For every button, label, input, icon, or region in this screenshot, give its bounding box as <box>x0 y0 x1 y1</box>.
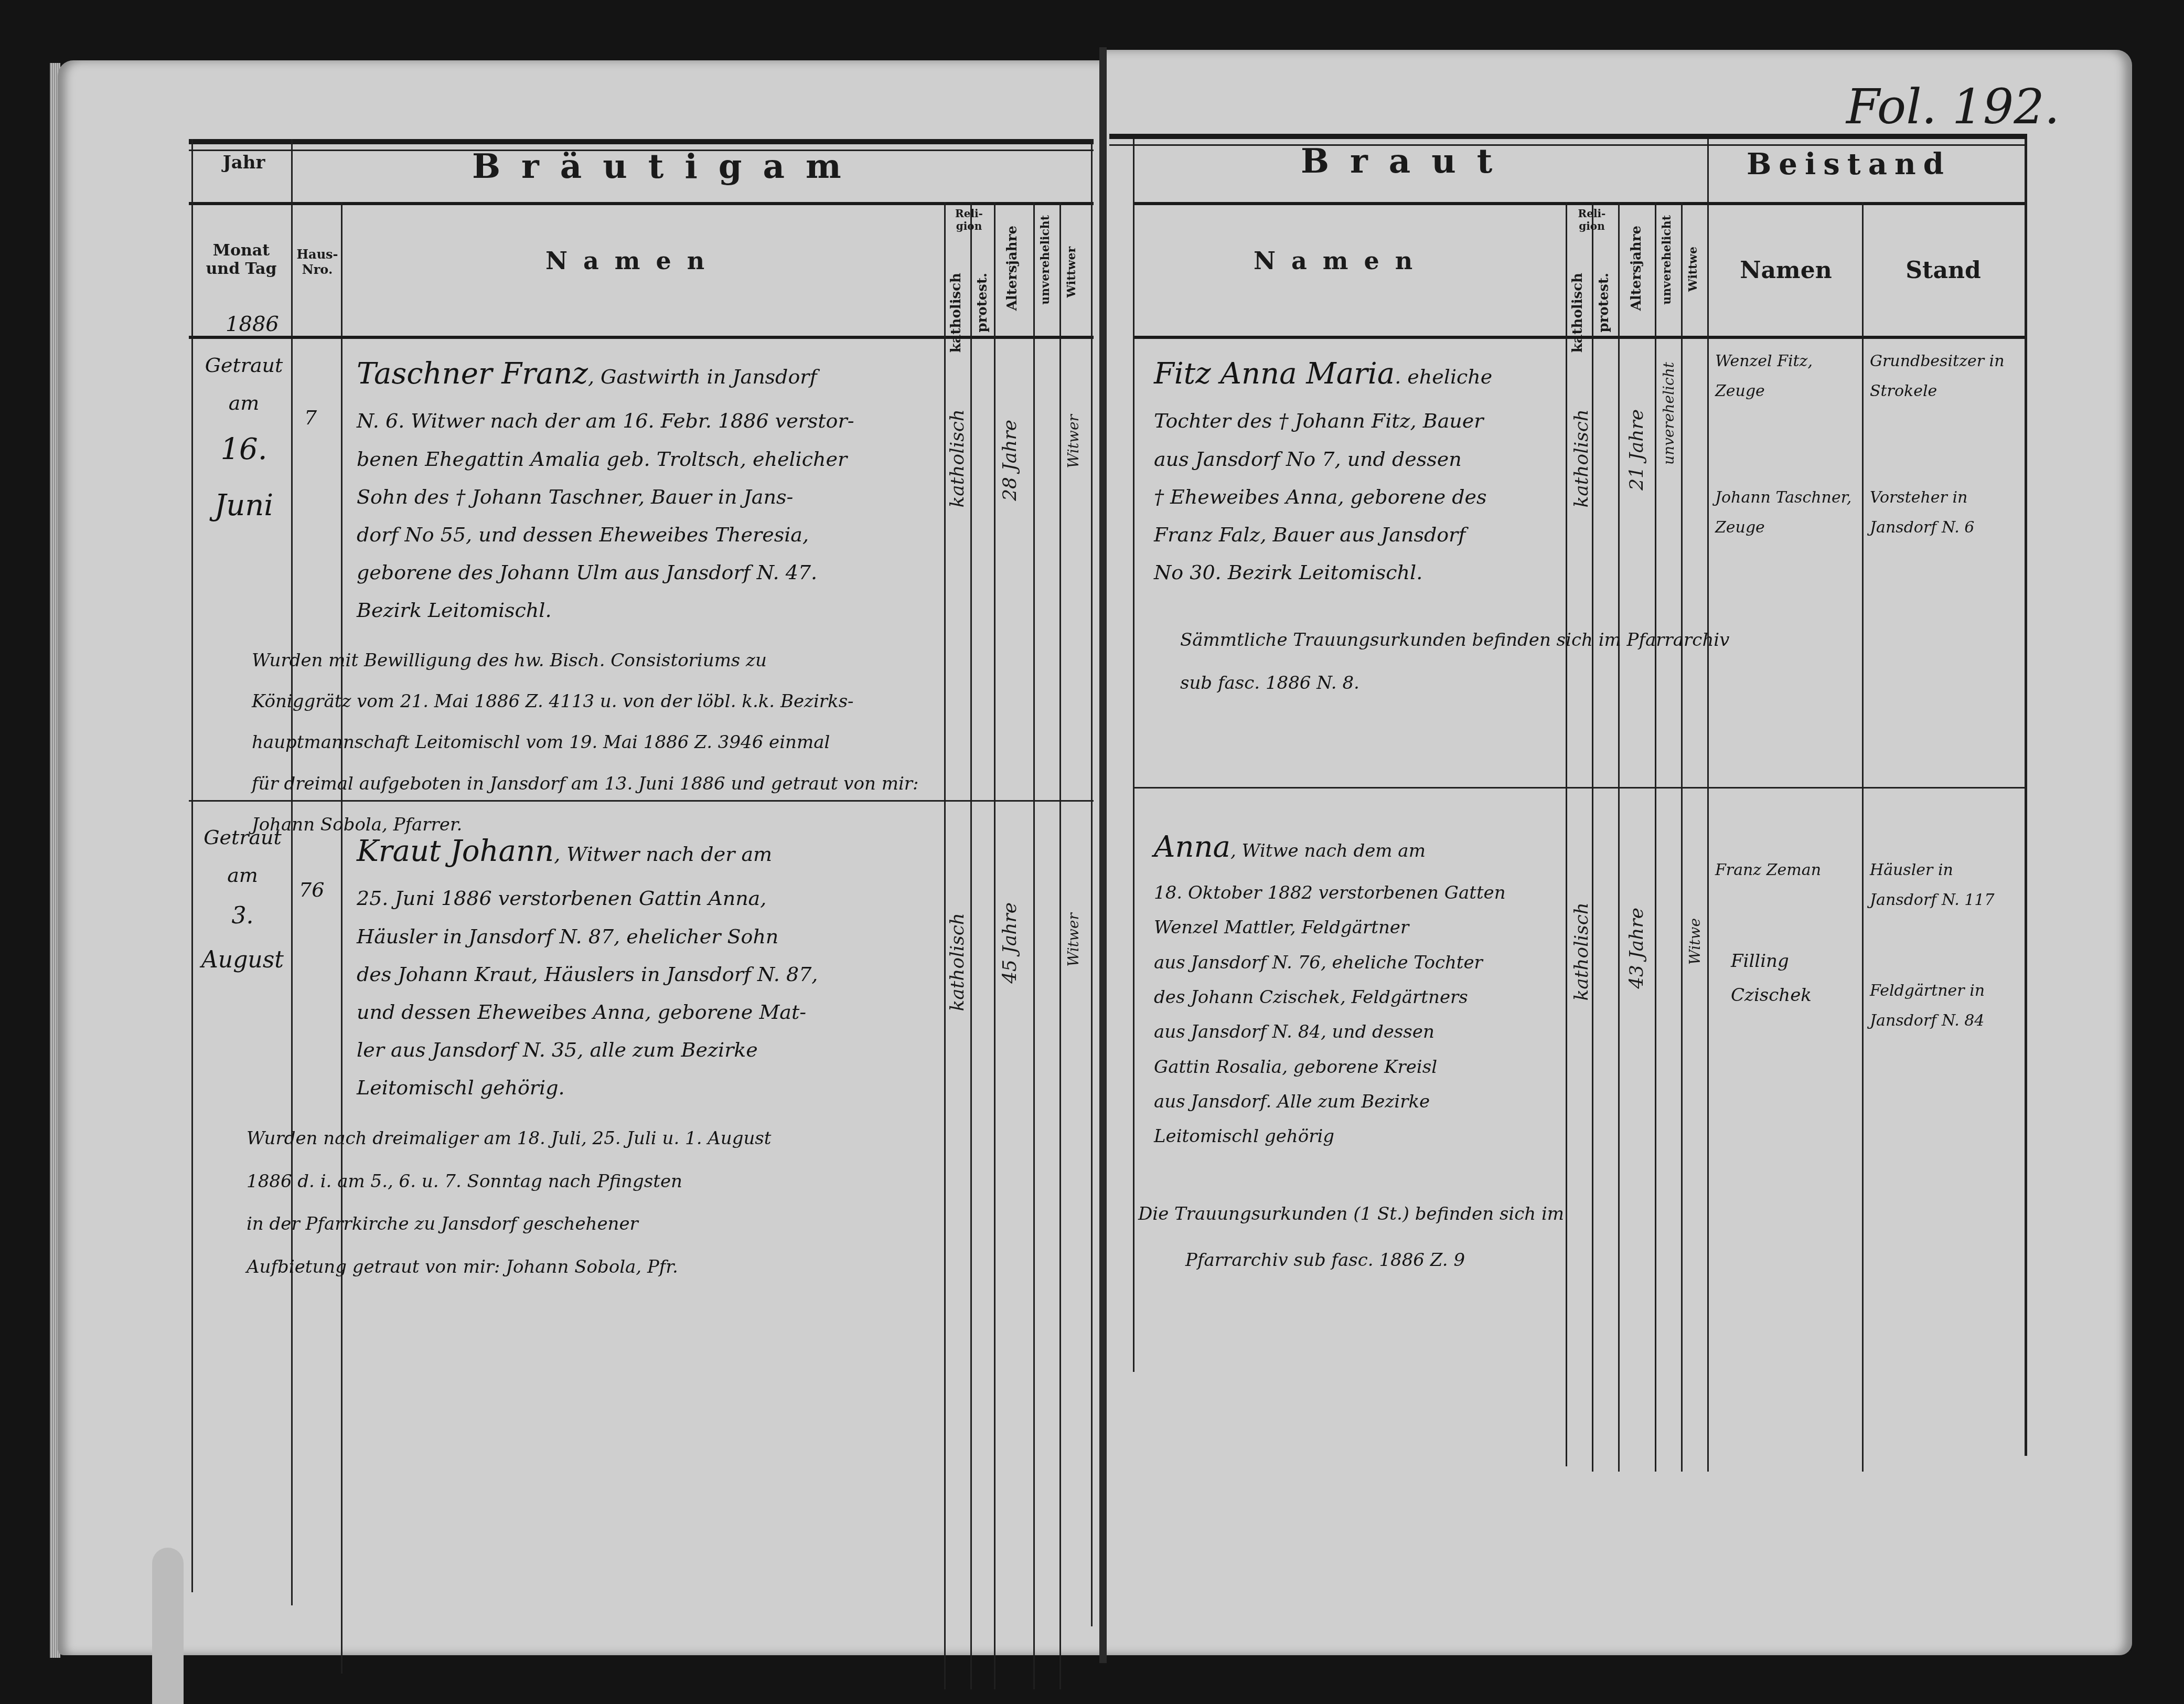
left-header-rule <box>189 202 1094 205</box>
header-protestant: protest. <box>975 273 990 332</box>
entry-1-bride-name: Fitz Anna Maria <box>1154 357 1395 391</box>
entry-1-status: Witwer <box>1065 414 1082 468</box>
entry-1-house-no: 7 <box>304 399 317 436</box>
right-col-border <box>1133 139 1134 1372</box>
header-year-value: 1886 <box>226 304 279 344</box>
header-bride-age: Altersjahre <box>1629 226 1644 311</box>
header-bride-unmarried: unverehelicht <box>1660 215 1674 305</box>
entry-2-witness-1-name: Franz Zeman <box>1715 855 1862 885</box>
entry-2-witness-2-name: Filling Czischek <box>1731 944 1862 1012</box>
entry-1-date: Getrautam 16.Juni <box>199 346 288 534</box>
header-unmarried: unverehelicht <box>1039 215 1052 305</box>
entry-1-bride-religion: katholisch <box>1571 409 1592 507</box>
header-bride-names: Namen <box>1254 247 1428 275</box>
section-title-bride: Braut <box>1301 142 1513 181</box>
entry-2-bride-name: Anna <box>1154 830 1230 864</box>
header-bride-religion: Reli-gion <box>1566 207 1618 232</box>
entry-1-bride-age: 21 Jahre <box>1626 409 1647 491</box>
entry-1-age: 28 Jahre <box>999 420 1021 501</box>
entry-2-witness-1-status: Häusler in Jansdorf N. 117 <box>1870 855 2022 915</box>
left-col-prot <box>970 202 972 1689</box>
left-col-end <box>1091 139 1093 1626</box>
entry-1-groom: Taschner Franz, Gastwirth in Jansdorf N.… <box>357 346 939 630</box>
entry-2-bride: Anna, Witwe nach dem am 18. Oktober 1882… <box>1154 818 1563 1154</box>
entry-1-bride: Fitz Anna Maria. eheliche Tochter des † … <box>1154 346 1563 591</box>
right-top-rule-2 <box>1109 144 2027 146</box>
left-top-rule <box>189 139 1094 144</box>
header-catholic: katholisch <box>948 273 964 353</box>
right-col-end <box>2025 139 2027 1456</box>
entry-2-remark: Wurden nach dreimaliger am 18. Juli, 25.… <box>247 1117 1007 1288</box>
entry-2-date: Getrautam 3. August <box>194 818 291 982</box>
entry-1-religion: katholisch <box>947 409 968 507</box>
entry-1-groom-name: Taschner Franz <box>357 357 588 391</box>
header-house-no: Haus-Nro. <box>294 247 341 277</box>
entry-1-bride-status: unverehelicht <box>1660 362 1677 465</box>
header-bride-catholic: katholisch <box>1570 273 1586 353</box>
right-top-rule <box>1109 134 2027 139</box>
entry-2-status: Witwer <box>1065 913 1082 966</box>
entry-2-witness-2-status: Feldgärtner in Jansdorf N. 84 <box>1870 976 2022 1036</box>
header-widower: Wittwer <box>1065 247 1078 298</box>
entry-2-groom-name: Kraut Johann <box>357 834 554 868</box>
left-col-house <box>341 202 342 1674</box>
header-age: Altersjahre <box>1004 226 1020 311</box>
section-title-groom: Bräutigam <box>472 147 862 186</box>
entry-2-groom: Kraut Johann, Witwer nach der am 25. Jun… <box>357 824 939 1107</box>
left-col-date <box>291 139 293 1605</box>
header-bride-widow: Wittwe <box>1686 247 1700 292</box>
entry-2-age: 45 Jahre <box>999 902 1021 984</box>
header-bride-protestant: protest. <box>1596 273 1612 332</box>
book-gutter <box>1099 47 1107 1663</box>
header-witness-status: Stand <box>1865 257 2022 284</box>
header-religion: Reli-gion <box>944 207 994 232</box>
left-col-border <box>191 139 193 1592</box>
header-witness-names: Namen <box>1710 257 1862 284</box>
header-month-day: Monat und Tag <box>197 241 286 278</box>
entry-1-witness-1-name: Wenzel Fitz, Zeuge <box>1715 346 1862 406</box>
left-col-age <box>994 202 995 1689</box>
header-names: Namen <box>545 247 720 275</box>
entry-1-remark: Wurden mit Bewilligung des hw. Bisch. Co… <box>252 640 939 845</box>
entry-1-bride-remark: Sämmtliche Trauungsurkunden befinden sic… <box>1180 619 1993 705</box>
entry-1-witness-2-status: Vorsteher in Jansdorf N. 6 <box>1870 483 2022 542</box>
folio-number: Fol. 192. <box>1846 79 2060 135</box>
entry-2-religion: katholisch <box>947 913 968 1011</box>
left-col-widower <box>1059 202 1061 1689</box>
right-header-rule <box>1133 202 2025 205</box>
entry-2-bride-age: 43 Jahre <box>1626 908 1647 989</box>
right-entry-divider <box>1133 787 2025 789</box>
entry-2-bride-remark: Die Trauungsurkunden (1 St.) befinden si… <box>1138 1191 1872 1284</box>
bookmark-ribbon[interactable] <box>152 1548 184 1704</box>
left-col-cath <box>944 202 946 1689</box>
entry-2-house-no: 76 <box>299 871 324 909</box>
section-title-witness: Beistand <box>1747 147 1951 182</box>
left-col-unmarried <box>1033 202 1035 1689</box>
entry-1-witness-2-name: Johann Taschner, Zeuge <box>1715 483 1862 542</box>
header-year: Jahr <box>199 152 288 173</box>
entry-2-bride-status: Witwe <box>1686 918 1704 965</box>
entry-2-bride-religion: katholisch <box>1571 902 1592 1000</box>
entry-1-witness-1-status: Grundbesitzer in Strokele <box>1870 346 2022 406</box>
